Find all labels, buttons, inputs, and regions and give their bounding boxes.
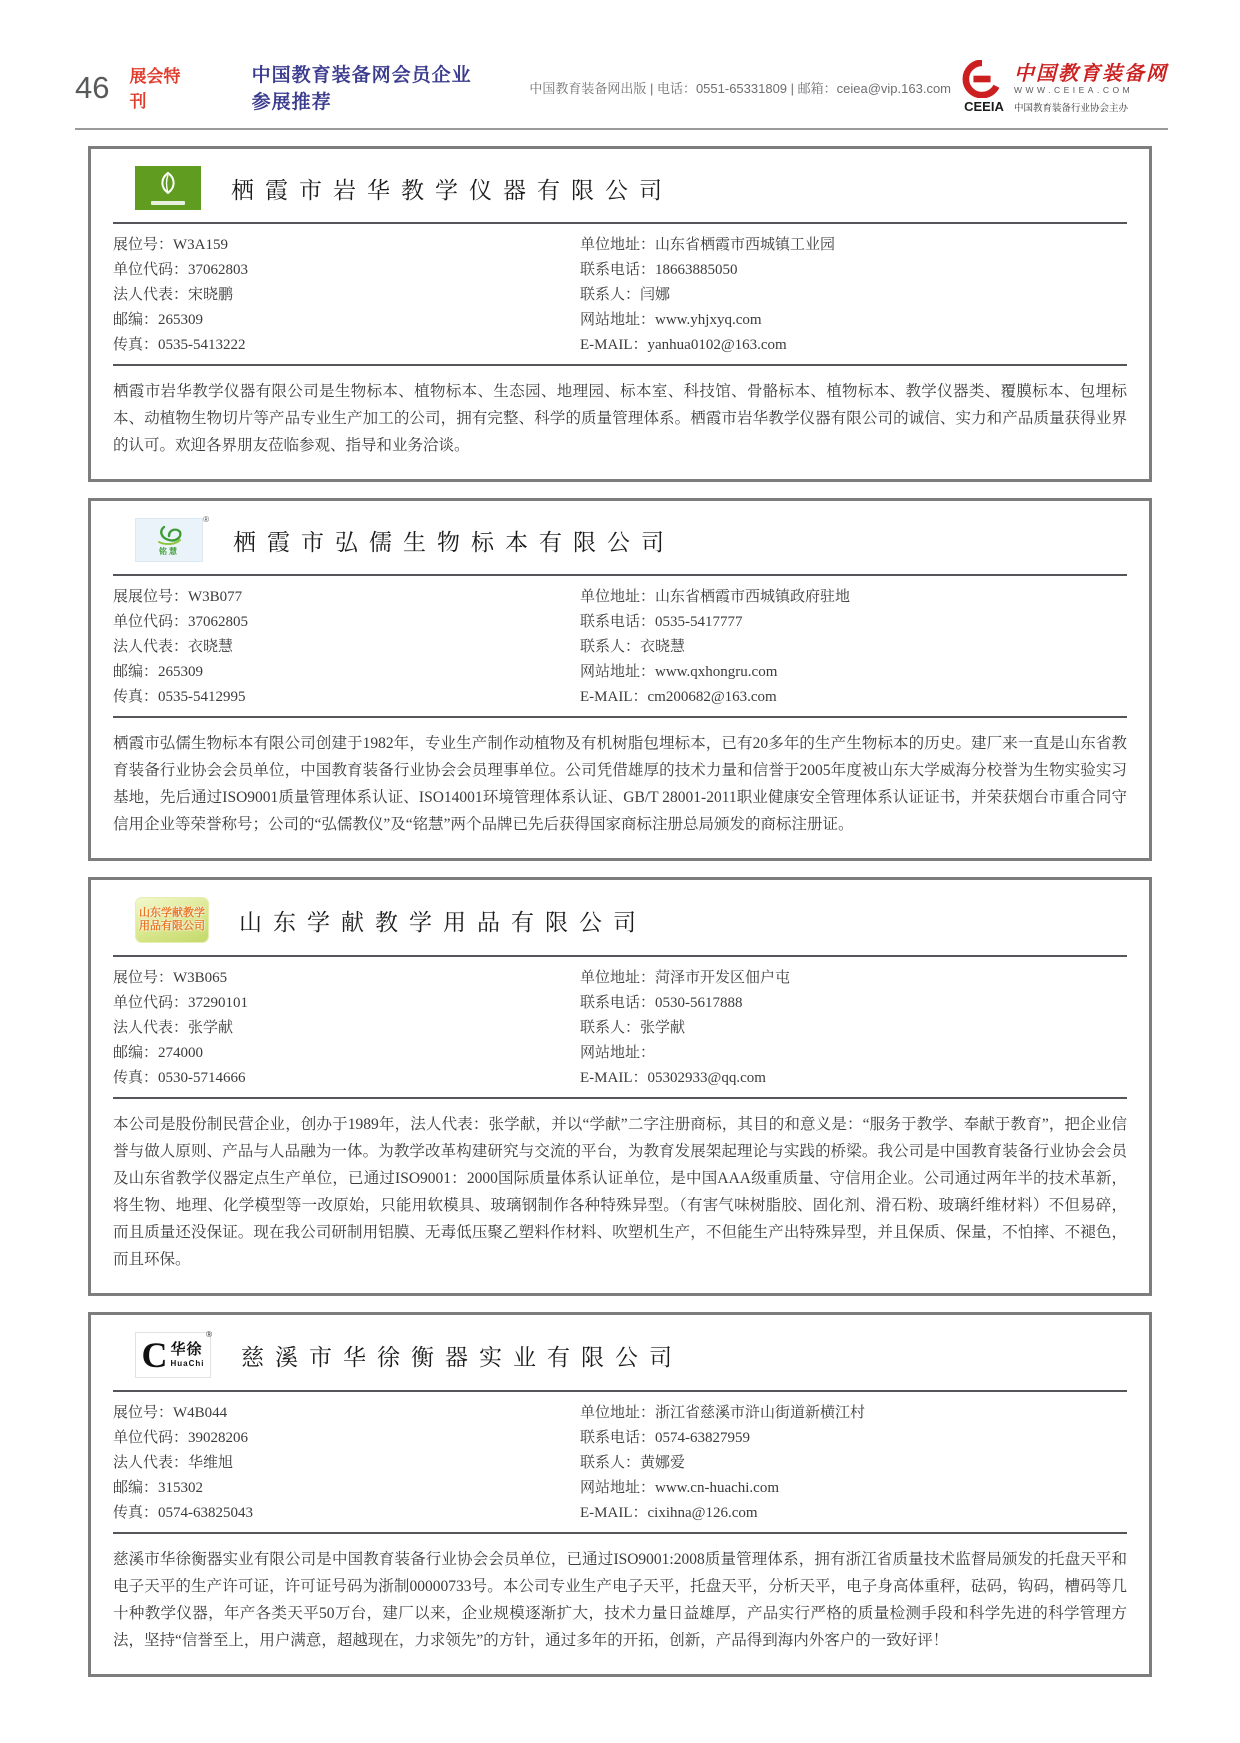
- field-postcode: 邮编：274000: [113, 1041, 580, 1066]
- company-header: 栖霞市岩华教学仪器有限公司: [113, 149, 1127, 222]
- company-description: 本公司是股份制民营企业，创办于1989年，法人代表：张学献，并以“学献”二字注册…: [113, 1099, 1127, 1293]
- field-postcode: 邮编：265309: [113, 660, 580, 685]
- ceeia-logo: 中国教育装备网 WWW.CEIEA.COM CEEIA 中国教育装备行业协会主办: [961, 60, 1168, 114]
- field-unit-code: 单位代码：39028206: [113, 1426, 580, 1451]
- details-right-column: 单位地址：山东省栖霞市西城镇工业园 联系电话：18663885050 联系人：闫…: [580, 233, 1127, 358]
- field-email: E-MAIL：yanhua0102@163.com: [580, 333, 1127, 358]
- company-header: 铭慧 ® 栖霞市弘儒生物标本有限公司: [113, 501, 1127, 574]
- brand-url: WWW.CEIEA.COM: [1014, 85, 1168, 95]
- field-fax: 传真：0574-63825043: [113, 1501, 580, 1526]
- details-left-column: 展展位号：W3B077 单位代码：37062805 法人代表：衣晓慧 邮编：26…: [113, 585, 580, 710]
- company-details: 展位号：W3A159 单位代码：37062803 法人代表：宋晓鹏 邮编：265…: [113, 224, 1127, 364]
- field-address: 单位地址：浙江省慈溪市浒山街道新横江村: [580, 1401, 1127, 1426]
- logo-line2: 用品有限公司: [139, 920, 205, 933]
- field-address: 单位地址：菏泽市开发区佃户屯: [580, 966, 1127, 991]
- xuexian-logo-icon: 山东学献教学 用品有限公司: [135, 897, 209, 943]
- field-website: 网站地址：www.qxhongru.com: [580, 660, 1127, 685]
- company-details: 展位号：W3B065 单位代码：37290101 法人代表：张学献 邮编：274…: [113, 957, 1127, 1097]
- field-booth: 展位号：W3A159: [113, 233, 580, 258]
- brand-name: 中国教育装备网: [1014, 64, 1168, 85]
- field-booth: 展位号：W3B065: [113, 966, 580, 991]
- brand-organizer: 中国教育装备行业协会主办: [1014, 100, 1168, 114]
- company-card-huachi: C 华徐 HuaChi ® 慈溪市华徐衡器实业有限公司 展位号：W4B044 单…: [88, 1312, 1152, 1677]
- field-contact: 联系人：黄娜爱: [580, 1451, 1127, 1476]
- page-number: 46: [75, 72, 109, 103]
- field-address: 单位地址：山东省栖霞市西城镇工业园: [580, 233, 1127, 258]
- ceeia-emblem-icon: [961, 60, 1007, 98]
- field-website: 网站地址：: [580, 1041, 1127, 1066]
- page-title: 中国教育装备网会员企业参展推荐: [252, 60, 482, 114]
- logo-latin: HuaChi: [171, 1360, 205, 1368]
- company-details: 展位号：W4B044 单位代码：39028206 法人代表：华维旭 邮编：315…: [113, 1392, 1127, 1532]
- registered-mark: ®: [206, 1330, 212, 1339]
- logo-caption-placeholder: [151, 201, 185, 205]
- logo-initial: C: [142, 1337, 168, 1373]
- field-contact: 联系人：闫娜: [580, 283, 1127, 308]
- field-legal-rep: 法人代表：张学献: [113, 1016, 580, 1041]
- details-right-column: 单位地址：浙江省慈溪市浒山街道新横江村 联系电话：0574-63827959 联…: [580, 1401, 1127, 1526]
- page-header: 46 展会特刊 中国教育装备网会员企业参展推荐 中国教育装备网出版 | 电话：0…: [75, 60, 1168, 130]
- field-fax: 传真：0535-5413222: [113, 333, 580, 358]
- field-phone: 联系电话：0530-5617888: [580, 991, 1127, 1016]
- details-left-column: 展位号：W3A159 单位代码：37062803 法人代表：宋晓鹏 邮编：265…: [113, 233, 580, 358]
- brand-abbr: CEEIA: [961, 99, 1007, 114]
- field-phone: 联系电话：0574-63827959: [580, 1426, 1127, 1451]
- field-booth: 展展位号：W3B077: [113, 585, 580, 610]
- field-postcode: 邮编：315302: [113, 1476, 580, 1501]
- field-contact: 联系人：张学献: [580, 1016, 1127, 1041]
- company-description: 慈溪市华徐衡器实业有限公司是中国教育装备行业协会会员单位，已通过ISO9001:…: [113, 1534, 1127, 1674]
- field-legal-rep: 法人代表：华维旭: [113, 1451, 580, 1476]
- logo-line1: 山东学献教学: [139, 907, 205, 920]
- field-unit-code: 单位代码：37062803: [113, 258, 580, 283]
- company-header: C 华徐 HuaChi ® 慈溪市华徐衡器实业有限公司: [113, 1315, 1127, 1390]
- company-card-hongru: 铭慧 ® 栖霞市弘儒生物标本有限公司 展展位号：W3B077 单位代码：3706…: [88, 498, 1152, 861]
- field-postcode: 邮编：265309: [113, 308, 580, 333]
- company-name: 山东学献教学用品有限公司: [239, 904, 647, 937]
- field-fax: 传真：0535-5412995: [113, 685, 580, 710]
- company-name: 慈溪市华徐衡器实业有限公司: [241, 1339, 683, 1372]
- field-legal-rep: 法人代表：宋晓鹏: [113, 283, 580, 308]
- field-email: E-MAIL：05302933@qq.com: [580, 1066, 1127, 1091]
- field-unit-code: 单位代码：37290101: [113, 991, 580, 1016]
- huachi-logo-icon: C 华徐 HuaChi ®: [135, 1332, 211, 1378]
- swirl-leaf-logo-icon: 铭慧 ®: [135, 518, 203, 562]
- field-phone: 联系电话：0535-5417777: [580, 610, 1127, 635]
- company-name: 栖霞市弘儒生物标本有限公司: [233, 524, 675, 557]
- company-description: 栖霞市岩华教学仪器有限公司是生物标本、植物标本、生态园、地理园、标本室、科技馆、…: [113, 366, 1127, 479]
- field-fax: 传真：0530-5714666: [113, 1066, 580, 1091]
- field-phone: 联系电话：18663885050: [580, 258, 1127, 283]
- field-contact: 联系人：衣晓慧: [580, 635, 1127, 660]
- company-details: 展展位号：W3B077 单位代码：37062805 法人代表：衣晓慧 邮编：26…: [113, 576, 1127, 716]
- logo-caption: 铭慧: [159, 548, 179, 556]
- publisher-info: 中国教育装备网出版 | 电话：0551-65331809 | 邮箱：ceiea@…: [529, 78, 951, 97]
- field-booth: 展位号：W4B044: [113, 1401, 580, 1426]
- field-address: 单位地址：山东省栖霞市西城镇政府驻地: [580, 585, 1127, 610]
- section-label: 展会特刊: [129, 62, 181, 112]
- field-legal-rep: 法人代表：衣晓慧: [113, 635, 580, 660]
- details-left-column: 展位号：W3B065 单位代码：37290101 法人代表：张学献 邮编：274…: [113, 966, 580, 1091]
- field-unit-code: 单位代码：37062805: [113, 610, 580, 635]
- field-email: E-MAIL：cm200682@163.com: [580, 685, 1127, 710]
- details-left-column: 展位号：W4B044 单位代码：39028206 法人代表：华维旭 邮编：315…: [113, 1401, 580, 1526]
- field-email: E-MAIL：cixihna@126.com: [580, 1501, 1127, 1526]
- company-card-xuexian: 山东学献教学 用品有限公司 山东学献教学用品有限公司 展位号：W3B065 单位…: [88, 877, 1152, 1296]
- company-header: 山东学献教学 用品有限公司 山东学献教学用品有限公司: [113, 880, 1127, 955]
- company-description: 栖霞市弘儒生物标本有限公司创建于1982年，专业生产制作动植物及有机树脂包埋标本…: [113, 718, 1127, 858]
- field-website: 网站地址：www.yhjxyq.com: [580, 308, 1127, 333]
- logo-chars: 华徐: [171, 1343, 203, 1358]
- registered-mark: ®: [203, 515, 209, 524]
- details-right-column: 单位地址：山东省栖霞市西城镇政府驻地 联系电话：0535-5417777 联系人…: [580, 585, 1127, 710]
- company-name: 栖霞市岩华教学仪器有限公司: [231, 172, 673, 205]
- field-website: 网站地址：www.cn-huachi.com: [580, 1476, 1127, 1501]
- green-leaf-logo-icon: [135, 166, 201, 210]
- details-right-column: 单位地址：菏泽市开发区佃户屯 联系电话：0530-5617888 联系人：张学献…: [580, 966, 1127, 1091]
- company-card-yanhua: 栖霞市岩华教学仪器有限公司 展位号：W3A159 单位代码：37062803 法…: [88, 146, 1152, 482]
